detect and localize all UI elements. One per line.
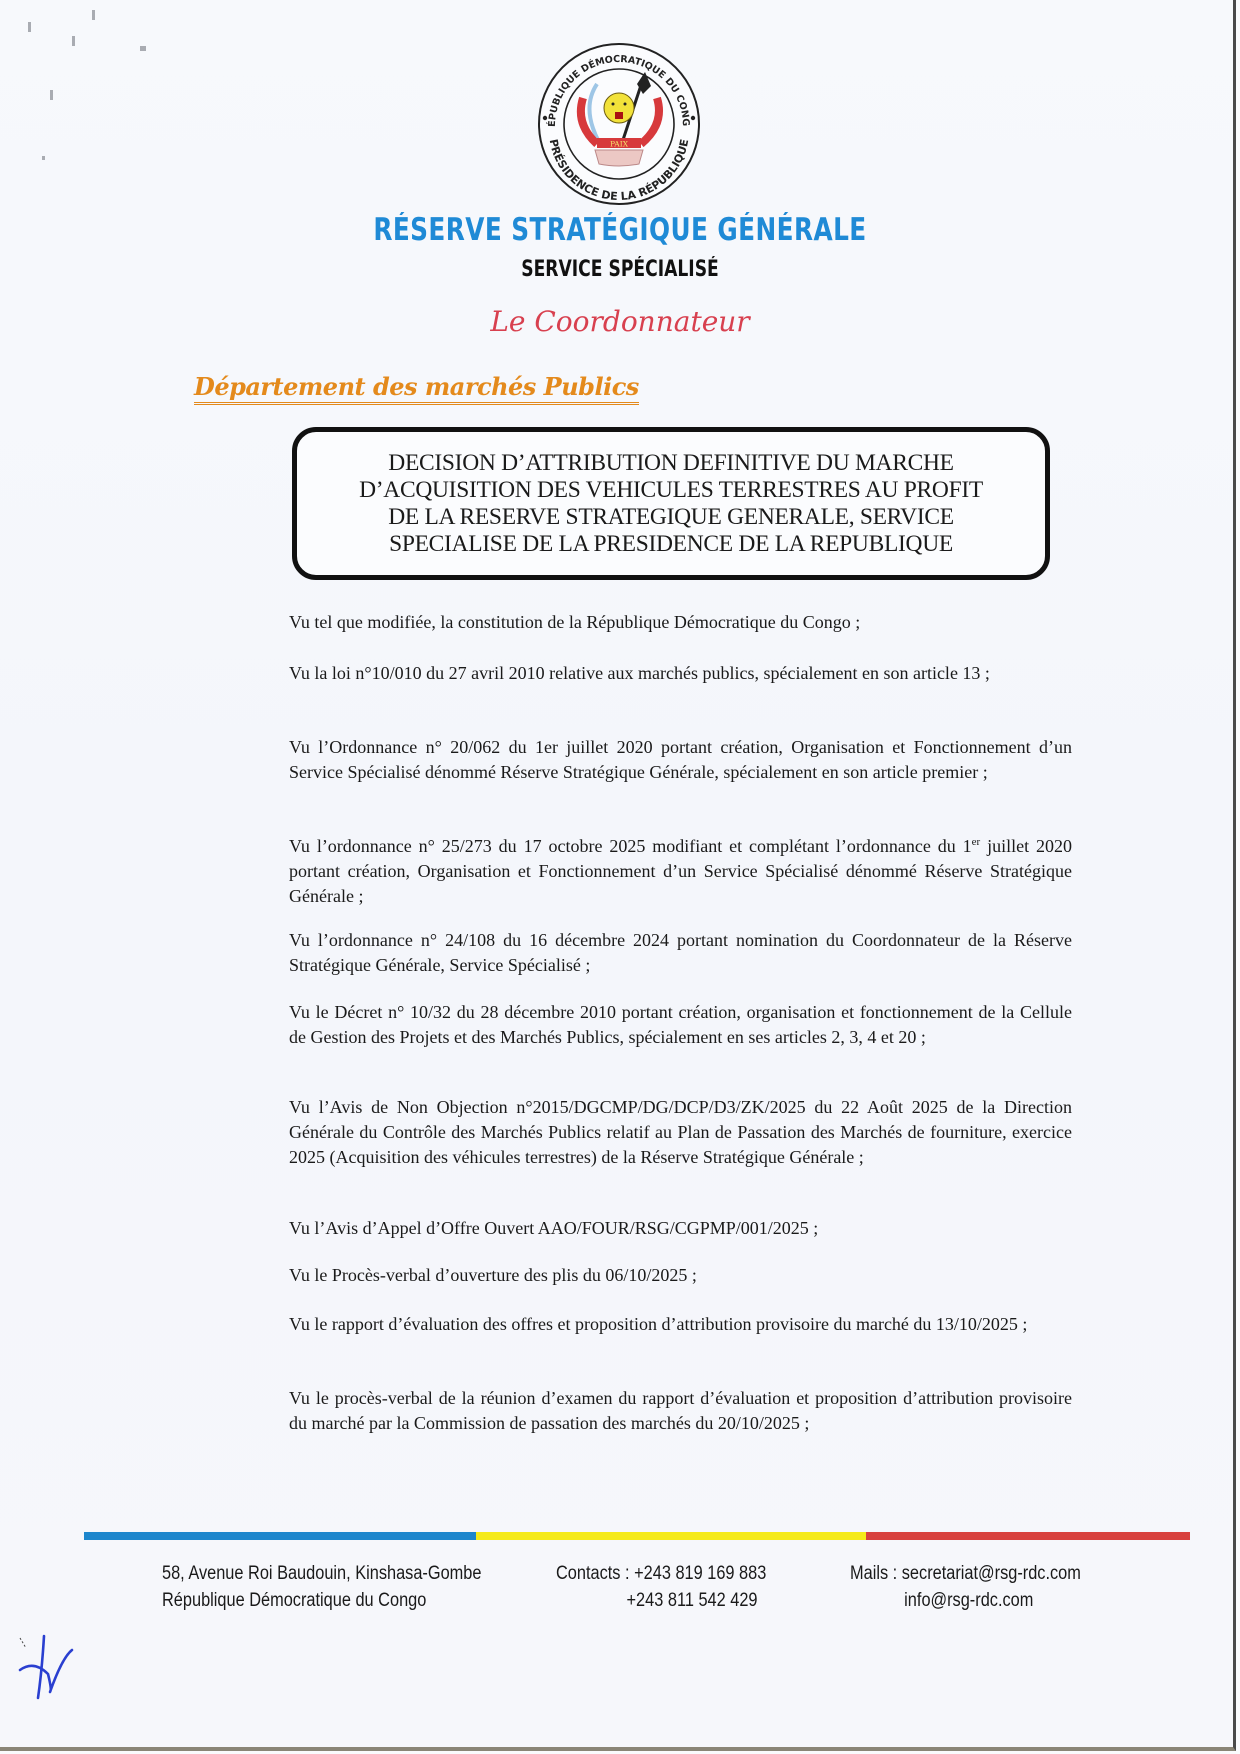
consideration-ordinance-2024: Vu l’ordonnance n° 24/108 du 16 décembre… xyxy=(289,928,1072,978)
mails-label: Mails : xyxy=(850,1563,902,1584)
footer-address: 58, Avenue Roi Baudouin, Kinshasa-Gombe … xyxy=(162,1560,533,1614)
consideration-law: Vu la loi n°10/010 du 27 avril 2010 rela… xyxy=(289,661,1072,686)
consideration-non-objection: Vu l’Avis de Non Objection n°2015/DGCMP/… xyxy=(289,1095,1072,1170)
consideration-constitution: Vu tel que modifiée, la constitution de … xyxy=(289,610,1072,635)
scan-artifacts xyxy=(20,10,160,170)
email-2[interactable]: info@rsg-rdc.com xyxy=(850,1587,1081,1614)
decision-title-line: DECISION D’ATTRIBUTION DEFINITIVE DU MAR… xyxy=(388,450,953,477)
phone-2: +243 811 542 429 xyxy=(556,1587,766,1614)
address-line-1: 58, Avenue Roi Baudouin, Kinshasa-Gombe xyxy=(162,1560,481,1587)
decision-title-line: SPECIALISE DE LA PRESIDENCE DE LA REPUBL… xyxy=(389,531,953,558)
motto-paix: PAIX xyxy=(610,140,629,149)
footer-mails: Mails : secretariat@rsg-rdc.com info@rsg… xyxy=(850,1560,1118,1614)
consideration-decree: Vu le Décret n° 10/32 du 28 décembre 201… xyxy=(289,1000,1072,1050)
decision-title-line: D’ACQUISITION DES VEHICULES TERRESTRES A… xyxy=(359,477,983,504)
email-1[interactable]: secretariat@rsg-rdc.com xyxy=(902,1563,1081,1584)
decision-title-line: DE LA RESERVE STRATEGIQUE GENERALE, SERV… xyxy=(388,504,954,531)
consideration-evaluation-report: Vu le rapport d’évaluation des offres et… xyxy=(289,1312,1072,1337)
contacts-label: Contacts : xyxy=(556,1563,634,1584)
handwritten-initials-signature xyxy=(14,1630,84,1710)
organization-name: RÉSERVE STRATÉGIQUE GÉNÉRALE xyxy=(124,212,1116,248)
address-line-2: République Démocratique du Congo xyxy=(162,1587,481,1614)
department-name: Département des marchés Publics xyxy=(194,372,639,405)
consideration-ordinance-2025: Vu l’ordonnance n° 25/273 du 17 octobre … xyxy=(289,830,1072,909)
flag-color-bar xyxy=(84,1532,1190,1540)
decision-title-box: DECISION D’ATTRIBUTION DEFINITIVE DU MAR… xyxy=(292,427,1050,580)
consideration-opening-minutes: Vu le Procès-verbal d’ouverture des plis… xyxy=(289,1263,1072,1288)
consideration-ordinance-2020: Vu l’Ordonnance n° 20/062 du 1er juillet… xyxy=(289,735,1072,785)
consideration-commission-minutes: Vu le procès-verbal de la réunion d’exam… xyxy=(289,1386,1072,1436)
phone-1: +243 819 169 883 xyxy=(634,1563,766,1584)
footer-contacts: Contacts : +243 819 169 883 +243 811 542… xyxy=(556,1560,801,1614)
presidency-seal-emblem: RÉPUBLIQUE DÉMOCRATIQUE DU CONGO PRÉSIDE… xyxy=(527,38,711,208)
organization-subtitle: SERVICE SPÉCIALISÉ xyxy=(136,257,1103,282)
office-title: Le Coordonnateur xyxy=(0,305,1240,338)
consideration-tender-notice: Vu l’Avis d’Appel d’Offre Ouvert AAO/FOU… xyxy=(289,1216,1072,1241)
document-page: RÉPUBLIQUE DÉMOCRATIQUE DU CONGO PRÉSIDE… xyxy=(0,0,1236,1751)
